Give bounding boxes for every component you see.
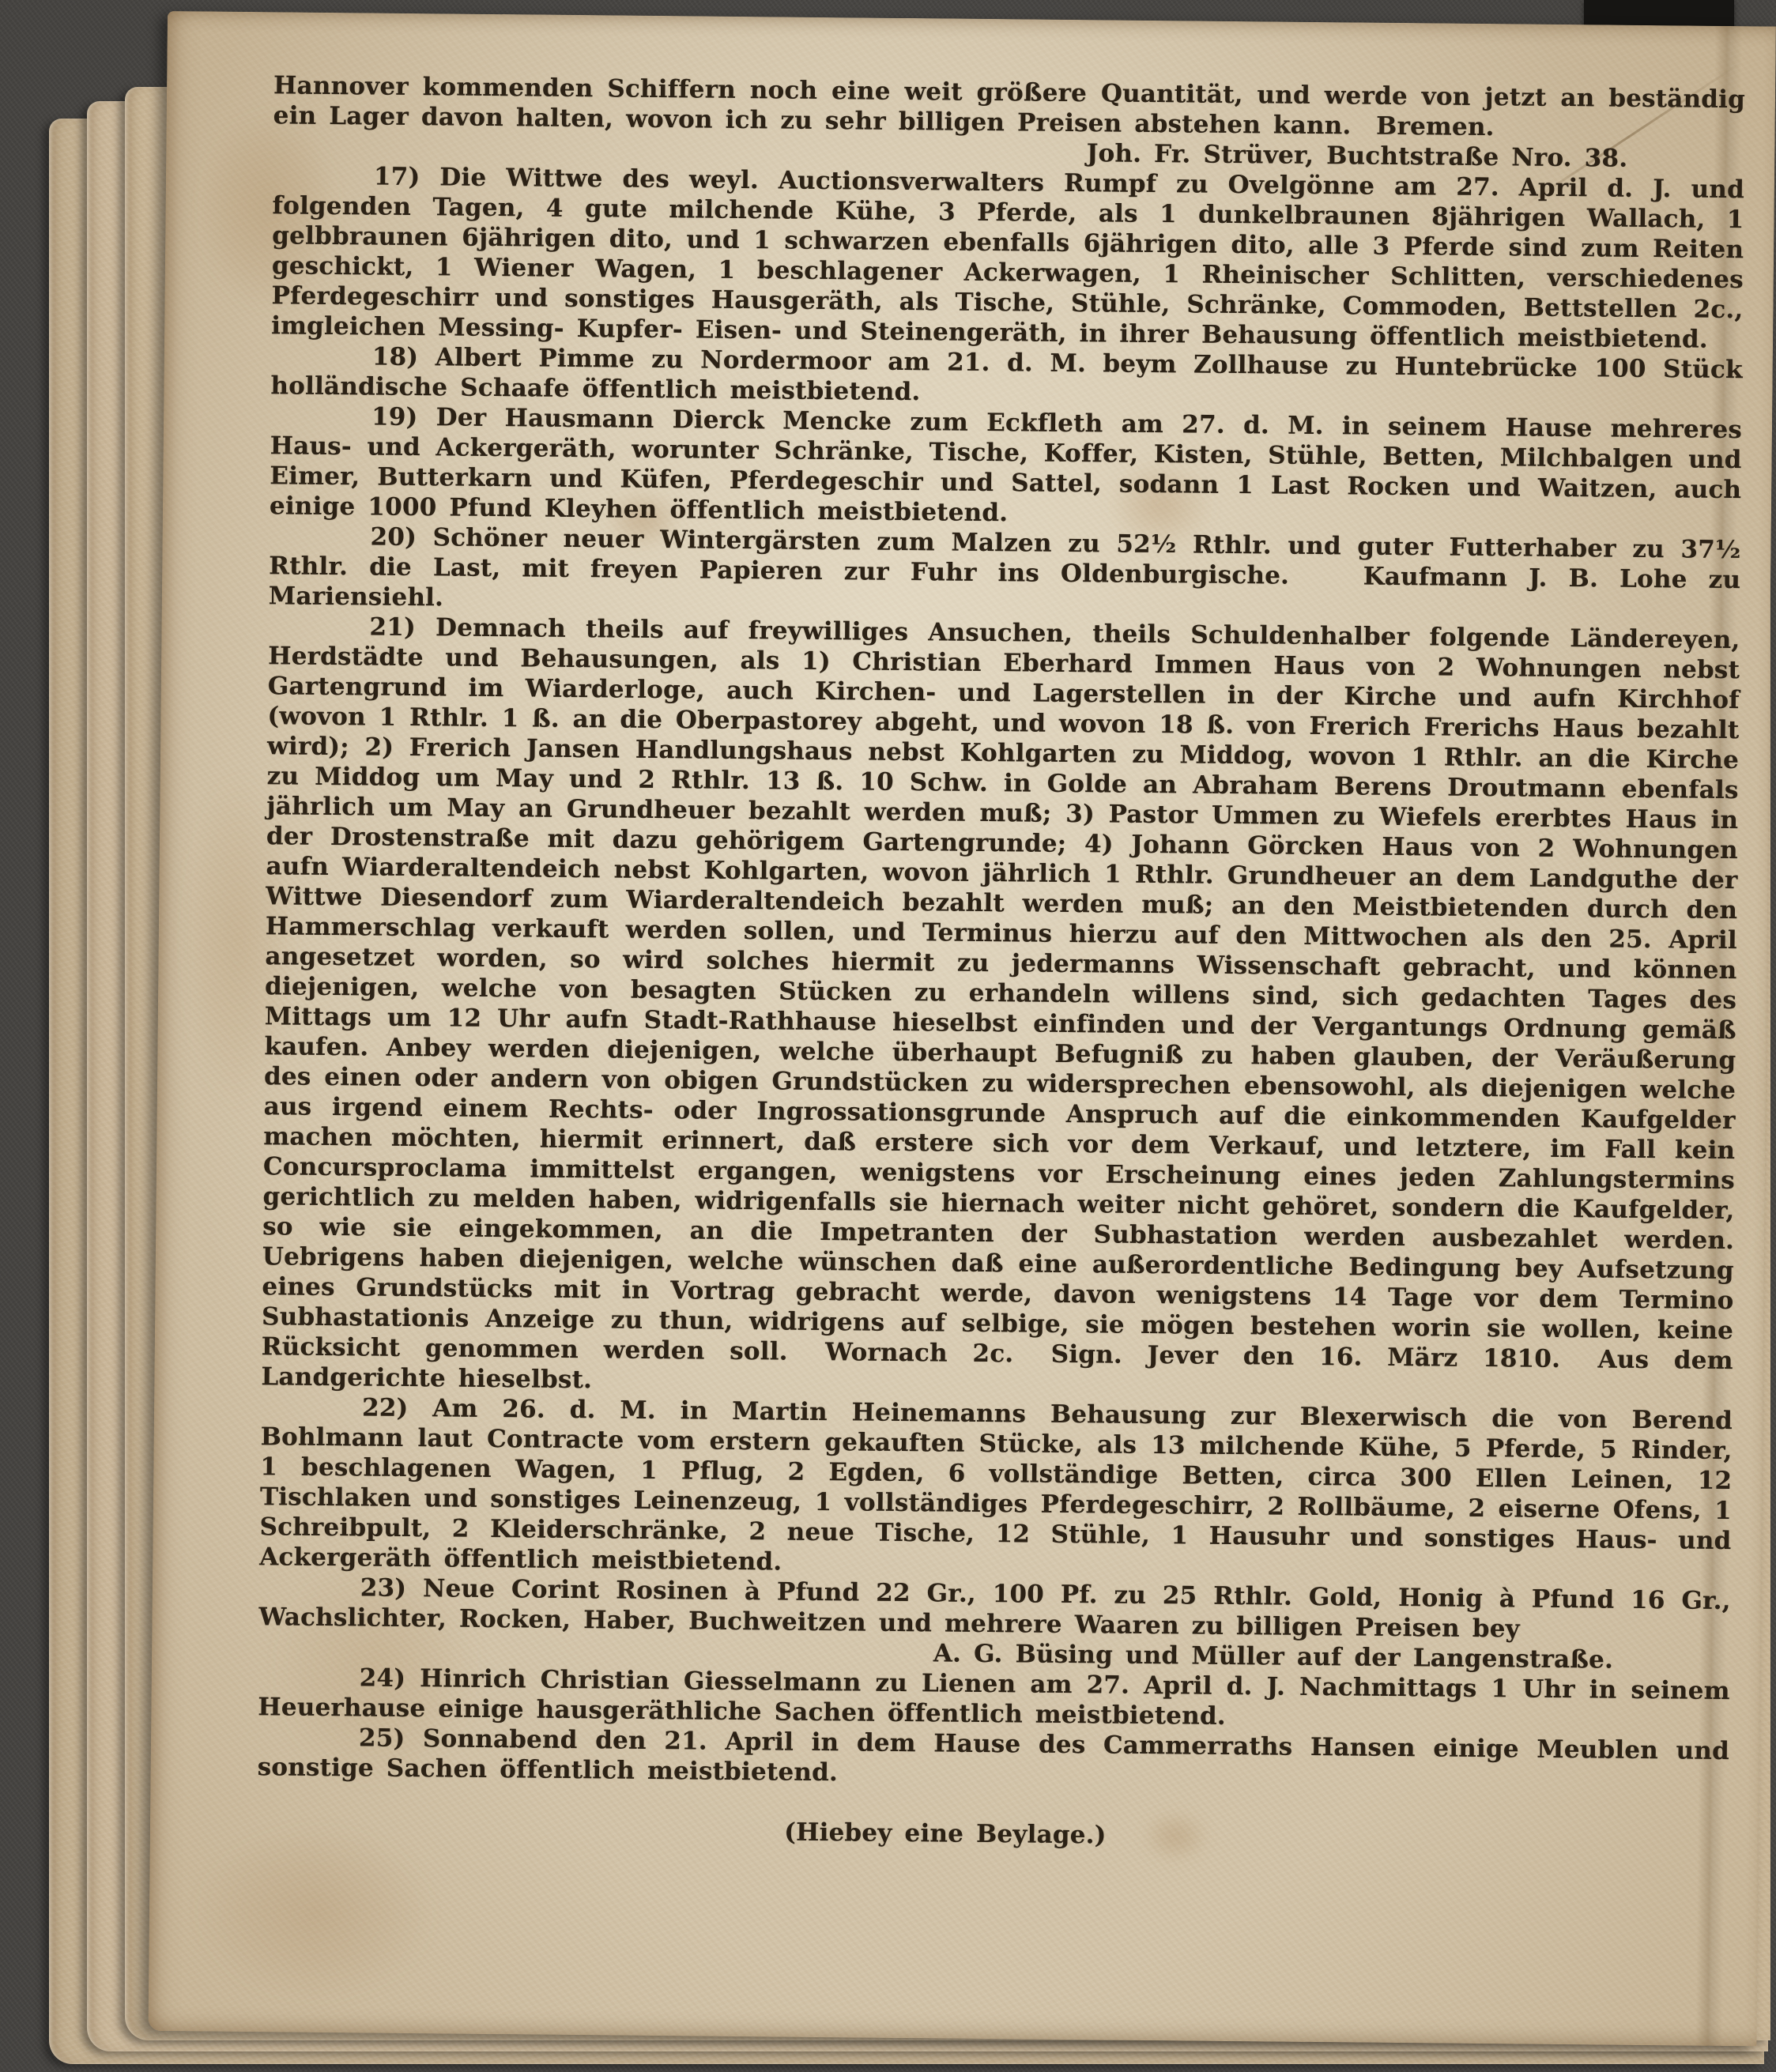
auction-item-19: 19) Der Hausmann Dierck Mencke zum Eckfl… — [270, 401, 1742, 535]
page-text: Hannover kommenden Schiffern noch eine w… — [257, 70, 1745, 1856]
book-page: Hannover kommenden Schiffern noch eine w… — [148, 11, 1775, 2046]
auction-item-17: 17) Die Wittwe des weyl. Auctionsverwalt… — [271, 160, 1744, 355]
supplement-note: (Hiebey eine Beylage.) — [257, 1812, 1729, 1856]
auction-item-20: 20) Schöner neuer Wintergärsten zum Malz… — [269, 521, 1741, 625]
paper-stain-7 — [192, 1821, 439, 2005]
auction-item-21: 21) Demnach theils auf freywilliges Ansu… — [261, 611, 1740, 1406]
auction-item-22: 22) Am 26. d. M. in Martin Heinemanns Be… — [259, 1392, 1733, 1586]
photo-background: Hannover kommenden Schiffern noch eine w… — [0, 0, 1776, 2072]
